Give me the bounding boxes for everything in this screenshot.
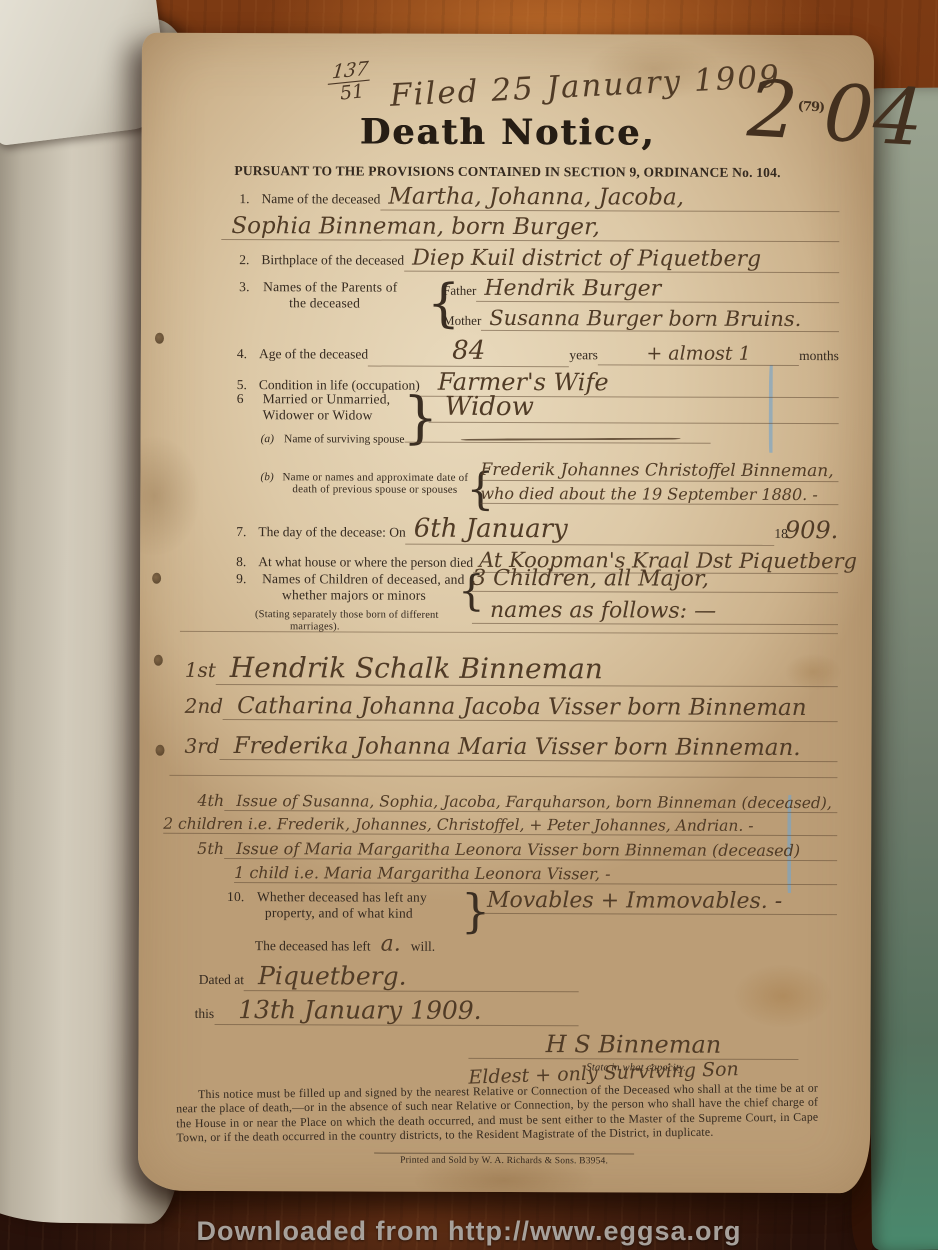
- form-title: Death Notice,: [142, 111, 874, 155]
- years-label: years: [569, 347, 598, 363]
- child-entry-5-line2: 1 child i.e. Maria Margaritha Leonora Vi…: [234, 863, 837, 885]
- dated-label: Dated at: [199, 972, 244, 988]
- prev-spouse-value2: who died about the 19 September 1880. -: [480, 484, 838, 505]
- name-value-line2: Sophia Binneman, born Burger,: [221, 213, 839, 242]
- children-row1: 3 Children, all Major,: [472, 566, 838, 593]
- child-name: Frederika Johanna Maria Visser born Binn…: [220, 733, 838, 762]
- will-suffix: will.: [411, 939, 435, 955]
- father-label: Father: [443, 283, 476, 299]
- child-entry-2: 2nd Catharina Johanna Jacoba Visser born…: [185, 693, 838, 722]
- child-name: Catharina Johanna Jacoba Visser born Bin…: [223, 693, 838, 722]
- file-number-bottom: 51: [330, 80, 374, 104]
- death-notice-page: 137 51 Filed 25 January 1909 2(79)04 Dea…: [138, 33, 874, 1194]
- field-label: At what house or where the person died: [258, 554, 473, 571]
- photo-scene: 137 51 Filed 25 January 1909 2(79)04 Dea…: [0, 0, 938, 1250]
- children-label2: whether majors or minors: [282, 587, 426, 604]
- field-label: Name of the deceased: [262, 191, 381, 207]
- child-entry-5: 5th Issue of Maria Margaritha Leonora Vi…: [197, 839, 837, 861]
- punch-hole: [155, 333, 164, 344]
- field-label: Age of the deceased: [259, 346, 368, 362]
- father-value: Hendrik Burger: [476, 276, 839, 303]
- field-age: 4. Age of the deceased 84 years + almost…: [237, 335, 839, 368]
- blank-ruled-line: [180, 631, 838, 634]
- property-value: Movables + Immovables. -: [483, 888, 837, 915]
- file-number-top: 137: [328, 59, 372, 85]
- children-value1: 3 Children, all Major,: [472, 566, 838, 593]
- children-value2: names as follows: —: [472, 598, 838, 625]
- field-parents-label2: the deceased: [289, 295, 360, 311]
- months-label: months: [799, 348, 839, 364]
- this-value: 13th January 1909.: [214, 995, 579, 1026]
- child-ordinal: 3rd: [184, 734, 219, 758]
- child-entry-4: 4th Issue of Susanna, Sophia, Jacoba, Fa…: [197, 791, 837, 813]
- field-number: 4.: [237, 346, 247, 362]
- will-prefix: The deceased has left: [255, 938, 371, 954]
- mother-value: Susanna Burger born Bruins.: [481, 306, 839, 332]
- child-name: Hendrik Schalk Binneman: [216, 651, 838, 687]
- birthplace-value: Diep Kuil district of Piquetberg: [404, 246, 839, 274]
- field-parents-label1: Names of the Parents of: [263, 279, 397, 295]
- child-entry-3: 3rd Frederika Johanna Maria Visser born …: [184, 733, 837, 762]
- dated-line: Dated at Piquetberg.: [199, 961, 579, 992]
- punch-hole: [155, 745, 164, 756]
- field-number: 7.: [236, 524, 246, 540]
- child-entry-1: 1st Hendrik Schalk Binneman: [185, 651, 838, 687]
- name-value-line1: Martha, Johanna, Jacoba,: [380, 184, 839, 213]
- signature-row: H S Binneman: [468, 1030, 798, 1060]
- child-ordinal: 5th: [197, 839, 224, 858]
- child-issue-line1: Issue of Maria Margaritha Leonora Visser…: [224, 839, 837, 861]
- footer-instructions: This notice must be filled up and signed…: [176, 1081, 819, 1145]
- decease-date-value: 6th January: [406, 514, 775, 546]
- signature-name: H S Binneman: [468, 1030, 798, 1060]
- age-value: 84: [368, 336, 569, 368]
- field-mother: Mother Susanna Burger born Bruins.: [443, 306, 839, 332]
- year-written: 909.: [785, 516, 839, 544]
- prev-spouse-row1: Frederik Johannes Christoffel Binneman,: [480, 460, 838, 482]
- field-number: 1.: [239, 191, 249, 207]
- prev-spouse-value1: Frederik Johannes Christoffel Binneman,: [480, 460, 838, 482]
- this-label: this: [195, 1006, 215, 1022]
- punch-hole: [154, 655, 163, 666]
- mother-label: Mother: [443, 313, 481, 329]
- will-value: a.: [381, 932, 401, 957]
- field-marital-value-row: Widow: [429, 392, 839, 424]
- property-label1: Whether deceased has left any: [257, 889, 427, 906]
- field-label: The day of the decease: On: [258, 524, 405, 541]
- file-number: 137 51: [328, 59, 374, 104]
- field-label: Birthplace of the deceased: [261, 252, 404, 268]
- field-number: 2.: [239, 252, 249, 268]
- property-label2: property, and of what kind: [265, 905, 413, 922]
- field-property-number: 10.: [227, 889, 245, 905]
- field-marital-label2: Widower or Widow: [263, 407, 373, 423]
- child-issue-line2: 2 children i.e. Frederik, Johannes, Chri…: [163, 815, 837, 836]
- child-ordinal: 1st: [185, 658, 216, 682]
- printer-text: Printed and Sold by W. A. Richards & Son…: [374, 1153, 634, 1167]
- marital-value: Widow: [429, 392, 839, 424]
- punch-hole: [152, 573, 161, 584]
- prev-spouse-label1: Name or names and approximate date of: [282, 471, 468, 484]
- child-issue-line1: Issue of Susanna, Sophia, Jacoba, Farquh…: [224, 792, 837, 813]
- filed-note: Filed 25 January 1909: [389, 59, 781, 114]
- form-subtitle: PURSUANT TO THE PROVISIONS CONTAINED IN …: [142, 163, 874, 182]
- field-birthplace: 2. Birthplace of the deceased Diep Kuil …: [239, 245, 839, 273]
- blank-ruled-line: [169, 775, 837, 778]
- prev-spouse-row2: who died about the 19 September 1880. -: [480, 484, 838, 505]
- child-ordinal: 4th: [197, 791, 224, 810]
- child-issue-line2: 1 child i.e. Maria Margaritha Leonora Vi…: [234, 863, 837, 885]
- sub-number-b: (b): [260, 471, 273, 483]
- will-line: The deceased has left a. will.: [255, 931, 595, 957]
- field-marital-label1: Married or Unmarried,: [263, 391, 391, 407]
- field-name-of-deceased: 1. Name of the deceased Martha, Johanna,…: [239, 183, 839, 212]
- children-row2: names as follows: —: [472, 598, 838, 625]
- prev-spouse-label2: death of previous spouse or spouses: [292, 483, 457, 496]
- field-day-of-decease: 7. The day of the decease: On 6th Januar…: [236, 513, 838, 546]
- field-father: Father Hendrik Burger: [443, 276, 839, 303]
- this-line: this 13th January 1909.: [195, 995, 579, 1026]
- surviving-spouse-blank: [404, 442, 710, 444]
- dated-value: Piquetberg.: [244, 961, 579, 992]
- child-entry-4-line2: 2 children i.e. Frederik, Johannes, Chri…: [163, 815, 837, 836]
- field-parents-number: 3.: [239, 279, 250, 295]
- property-value-row: Movables + Immovables. -: [483, 888, 837, 915]
- printer-line: Printed and Sold by W. A. Richards & Son…: [138, 1155, 870, 1168]
- children-label1: Names of Children of deceased, and: [262, 571, 465, 588]
- field-number: 8.: [236, 554, 246, 570]
- field-label: Name of surviving spouse: [284, 433, 404, 445]
- field-children-number: 9.: [236, 571, 247, 587]
- age-extra: + almost 1: [598, 342, 799, 366]
- watermark-text: Downloaded from http://www.eggsa.org: [0, 1216, 938, 1247]
- children-note1: (Stating separately those born of differ…: [255, 609, 439, 621]
- child-ordinal: 2nd: [185, 694, 224, 718]
- sub-number: (a): [261, 433, 274, 445]
- field-name-line2: Sophia Binneman, born Burger,: [221, 213, 839, 242]
- field-marital-number: 6: [237, 391, 244, 407]
